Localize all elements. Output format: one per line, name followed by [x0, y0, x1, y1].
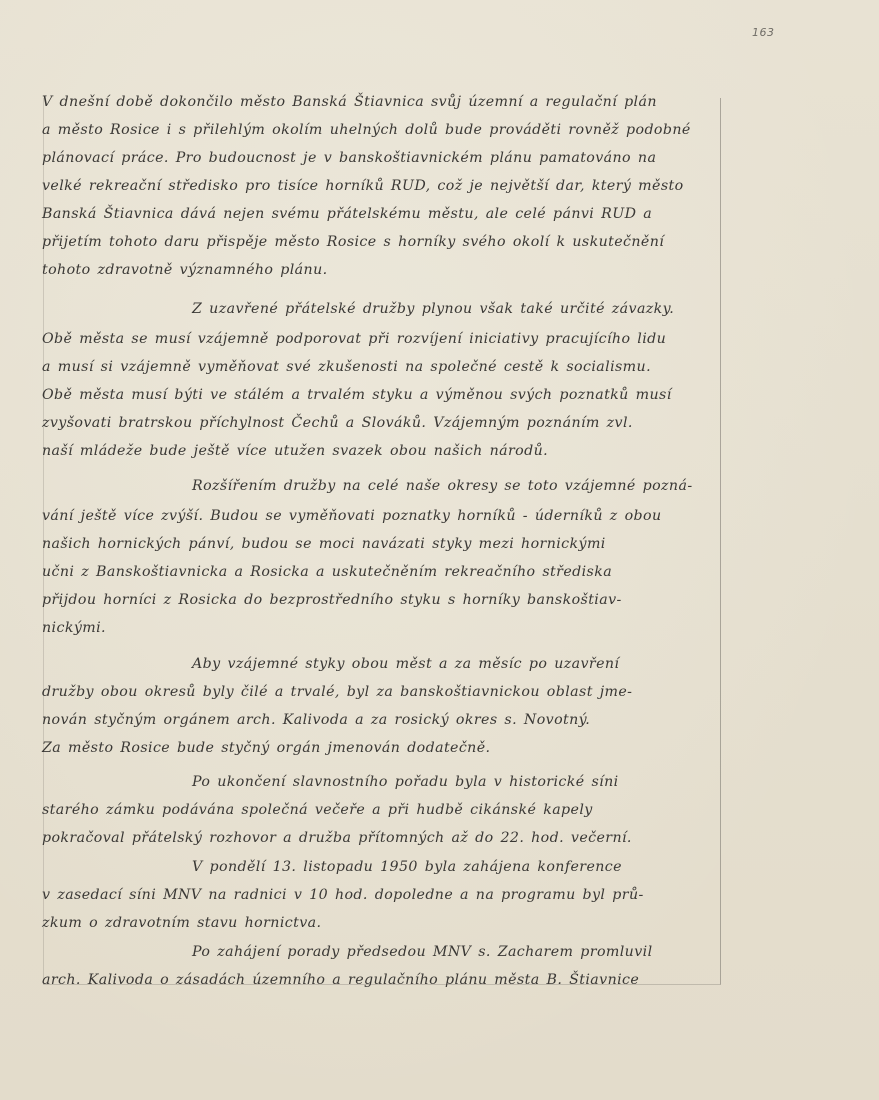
text-line: V pondělí 13. listopadu 1950 byla zaháje… [192, 857, 622, 879]
text-line: přijetím tohoto daru přispěje město Rosi… [42, 232, 664, 254]
text-line: arch. Kalivoda o zásadách územního a reg… [42, 970, 639, 992]
text-line: pokračoval přátelský rozhovor a družba p… [42, 828, 632, 850]
text-line: Aby vzájemné styky obou měst a za měsíc … [192, 654, 619, 676]
text-line: tohoto zdravotně významného plánu. [42, 260, 328, 282]
text-line: a musí si vzájemně vyměňovat své zkušeno… [42, 357, 651, 379]
text-line: učni z Banskoštiavnicka a Rosicka a usku… [42, 562, 612, 584]
text-line: vání ještě více zvýší. Budou se vyměňova… [42, 506, 662, 528]
text-line: Po zahájení porady předsedou MNV s. Zach… [192, 942, 653, 964]
text-line: nickými. [42, 618, 106, 640]
text-line: v zasedací síni MNV na radnici v 10 hod.… [42, 885, 644, 907]
text-line: Obě města musí býti ve stálém a trvalém … [42, 385, 672, 407]
text-line: zkum o zdravotním stavu hornictva. [42, 913, 321, 935]
text-line: Rozšířením družby na celé naše okresy se… [192, 476, 693, 498]
text-line: zvyšovati bratrskou příchylnost Čechů a … [42, 413, 633, 435]
text-line: Z uzavřené přátelské družby plynou však … [192, 299, 674, 321]
text-line: Banská Štiavnica dává nejen svému přátel… [42, 204, 652, 226]
text-line: Po ukončení slavnostního pořadu byla v h… [192, 772, 619, 794]
text-line: a město Rosice i s přilehlým okolím uhel… [42, 120, 691, 142]
text-line: nován styčným orgánem arch. Kalivoda a z… [42, 710, 590, 732]
text-line: družby obou okresů byly čilé a trvalé, b… [42, 682, 632, 704]
text-line: starého zámku podávána společná večeře a… [42, 800, 593, 822]
text-line: V dnešní době dokončilo město Banská Šti… [42, 92, 657, 114]
text-line: velké rekreační středisko pro tisíce hor… [42, 176, 684, 198]
text-line: plánovací práce. Pro budoucnost je v ban… [42, 148, 656, 170]
text-line: přijdou horníci z Rosicka do bezprostřed… [42, 590, 622, 612]
text-line: naší mládeže bude ještě více utužen svaz… [42, 441, 548, 463]
text-line: Obě města se musí vzájemně podporovat př… [42, 329, 666, 351]
text-line: Za město Rosice bude styčný orgán jmenov… [42, 738, 490, 760]
manuscript-page: 163 V dnešní době dokončilo město Banská… [0, 0, 879, 1100]
page-number: 163 [752, 26, 775, 39]
text-line: našich hornických pánví, budou se moci n… [42, 534, 606, 556]
